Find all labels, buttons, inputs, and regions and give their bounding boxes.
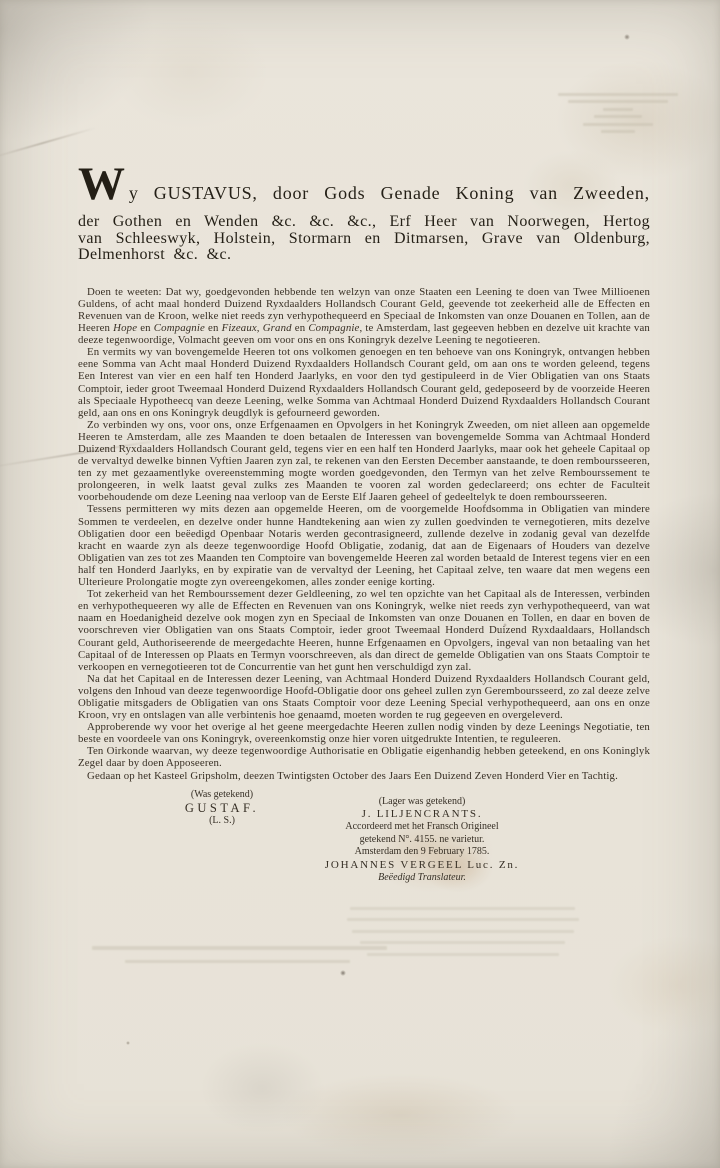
signature-line: Amsterdam den 9 February 1785. bbox=[300, 846, 544, 859]
signature-line: GUSTAF. bbox=[122, 801, 322, 815]
signature-line: (L. S.) bbox=[122, 815, 322, 828]
paragraph-segment: Ten Oirkonde waarvan, wy deeze tegenwoor… bbox=[78, 745, 650, 769]
signature-line: J. LILJENCRANTS. bbox=[300, 808, 544, 821]
paragraph: Doen te weeten: Dat wy, goedgevonden heb… bbox=[78, 286, 650, 346]
drop-cap-initial: W bbox=[78, 163, 126, 205]
paragraph: Approberende wy voor het overige al het … bbox=[78, 721, 650, 745]
paper-crease bbox=[0, 127, 96, 159]
paragraph-segment: Na dat het Capitaal en de Interessen dez… bbox=[78, 673, 650, 721]
paragraph: En vermits wy van bovengemelde Heeren to… bbox=[78, 346, 650, 419]
heading-line-1-text: y GUSTAVUS, door Gods Genade Koning van … bbox=[129, 172, 650, 214]
paragraph: Ten Oirkonde waarvan, wy deeze tegenwoor… bbox=[78, 745, 650, 769]
heading-line-4: Delmenhorst &c. &c. bbox=[78, 247, 650, 264]
document-scan: W y GUSTAVUS, door Gods Genade Koning va… bbox=[0, 0, 720, 1168]
signature-line: getekend N°. 4155. ne varietur. bbox=[300, 834, 544, 847]
heading-line-2: der Gothen en Wenden &c. &c. &c., Erf He… bbox=[78, 214, 650, 231]
heading-line-1: W y GUSTAVUS, door Gods Genade Koning va… bbox=[78, 163, 650, 214]
paragraph-segment: Tessens permitteren wy mits dezen aan op… bbox=[78, 503, 650, 588]
paragraph-segment: Tot zekerheid van het Rembourssement dez… bbox=[78, 588, 650, 673]
paragraph-segment: en bbox=[205, 322, 222, 334]
signature-line: Accordeerd met het Fransch Origineel bbox=[300, 821, 544, 834]
signature-block-translator: (Lager was getekend)J. LILJENCRANTS.Acco… bbox=[300, 796, 544, 885]
paragraph-italic-segment: Hope bbox=[113, 322, 137, 334]
document-body: Doen te weeten: Dat wy, goedgevonden heb… bbox=[78, 286, 650, 782]
paragraph-segment: Gedaan op het Kasteel Gripsholm, deezen … bbox=[87, 770, 618, 782]
signature-line: Beëedigd Translateur. bbox=[300, 872, 544, 885]
bleed-through-middle bbox=[80, 936, 390, 973]
signature-area: (Was getekend)GUSTAF.(L. S.) (Lager was … bbox=[78, 789, 650, 909]
document-heading: W y GUSTAVUS, door Gods Genade Koning va… bbox=[78, 163, 650, 264]
paragraph-segment: en bbox=[137, 322, 154, 334]
signature-block-gustaf: (Was getekend)GUSTAF.(L. S.) bbox=[122, 789, 322, 828]
signature-line: JOHANNES VERGEEL Luc. Zn. bbox=[300, 859, 544, 872]
paragraph-segment: En vermits wy van bovengemelde Heeren to… bbox=[78, 346, 650, 418]
paragraph: Gedaan op het Kasteel Gripsholm, deezen … bbox=[78, 770, 650, 782]
paragraph: Tot zekerheid van het Rembourssement dez… bbox=[78, 588, 650, 673]
paragraph-italic-segment: Compagnie bbox=[308, 322, 359, 334]
paragraph: Zo verbinden wy ons, voor ons, onze Erfg… bbox=[78, 419, 650, 504]
bleed-through-top-right bbox=[548, 88, 688, 138]
paragraph-italic-segment: Compagnie bbox=[154, 322, 205, 334]
signature-line: (Lager was getekend) bbox=[300, 796, 544, 809]
paragraph-segment: en bbox=[292, 322, 309, 334]
paragraph: Na dat het Capitaal en de Interessen dez… bbox=[78, 673, 650, 721]
signature-line: (Was getekend) bbox=[122, 789, 322, 802]
paragraph-segment: Approberende wy voor het overige al het … bbox=[78, 721, 650, 745]
paragraph-segment: Zo verbinden wy ons, voor ons, onze Erfg… bbox=[78, 419, 650, 504]
paragraph-italic-segment: Fizeaux, Grand bbox=[222, 322, 292, 334]
paragraph: Tessens permitteren wy mits dezen aan op… bbox=[78, 503, 650, 588]
document-content: W y GUSTAVUS, door Gods Genade Koning va… bbox=[78, 163, 650, 909]
heading-line-3: van Schleeswyk, Holstein, Stormarn en Di… bbox=[78, 231, 650, 248]
